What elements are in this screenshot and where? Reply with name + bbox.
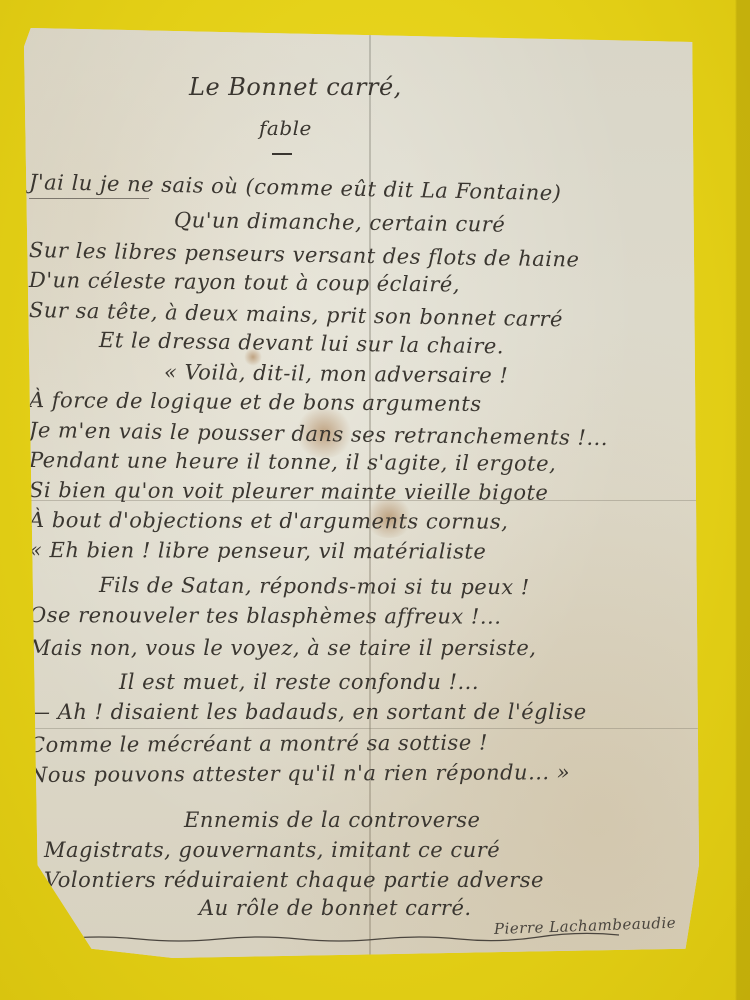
- verse-underline: [29, 198, 149, 199]
- verse-line-4: D'un céleste rayon tout à coup éclairé,: [29, 268, 460, 297]
- moral-line-4: Au rôle de bonnet carré.: [199, 896, 472, 920]
- verse-line-17: Il est muet, il reste confondu !...: [119, 670, 479, 694]
- verse-line-19: Comme le mécréant a montré sa sottise !: [29, 731, 488, 757]
- verse-line-18: — Ah ! disaient les badauds, en sortant …: [29, 700, 587, 724]
- title-dash: [272, 153, 292, 155]
- moral-line-3: Volontiers réduiraient chaque partie adv…: [44, 868, 544, 892]
- verse-line-20: Nous pouvons attester qu'il n'a rien rép…: [29, 760, 570, 787]
- verse-line-11: Si bien qu'on voit pleurer mainte vieill…: [29, 478, 548, 505]
- verse-line-9: Je m'en vais le pousser dans ses retranc…: [29, 418, 608, 450]
- verse-line-12: À bout d'objections et d'arguments cornu…: [29, 508, 508, 534]
- verse-line-16: Mais non, vous le voyez, à se taire il p…: [29, 636, 536, 660]
- manuscript-text: Le Bonnet carré, fable J'ai lu je ne sai…: [24, 28, 699, 958]
- verse-line-8: À force de logique et de bons arguments: [29, 388, 482, 416]
- verse-line-3: Sur les libres penseurs versant des flot…: [29, 238, 580, 272]
- verse-line-6: Et le dressa devant lui sur la chaire.: [99, 328, 504, 358]
- verse-line-10: Pendant une heure il tonne, il s'agite, …: [29, 448, 556, 476]
- verse-line-13: « Eh bien ! libre penseur, vil matériali…: [29, 538, 486, 564]
- verse-line-14: Fils de Satan, réponds-moi si tu peux !: [99, 573, 530, 599]
- verse-line-1: J'ai lu je ne sais où (comme eût dit La …: [29, 170, 562, 205]
- document-title: Le Bonnet carré,: [189, 73, 402, 101]
- verse-line-15: Ose renouveler tes blasphèmes affreux !.…: [29, 603, 502, 629]
- document-subtitle: fable: [259, 116, 312, 140]
- verse-line-5: Sur sa tête, à deux mains, prit son bonn…: [29, 298, 563, 331]
- closing-flourish-line: [59, 931, 619, 945]
- manuscript-paper: Le Bonnet carré, fable J'ai lu je ne sai…: [24, 28, 699, 958]
- moral-line-1: Ennemis de la controverse: [184, 808, 480, 832]
- verse-line-2: Qu'un dimanche, certain curé: [174, 208, 506, 237]
- moral-line-2: Magistrats, gouvernants, imitant ce curé: [44, 838, 500, 862]
- verse-line-7: « Voilà, dit-il, mon adversaire !: [164, 360, 509, 388]
